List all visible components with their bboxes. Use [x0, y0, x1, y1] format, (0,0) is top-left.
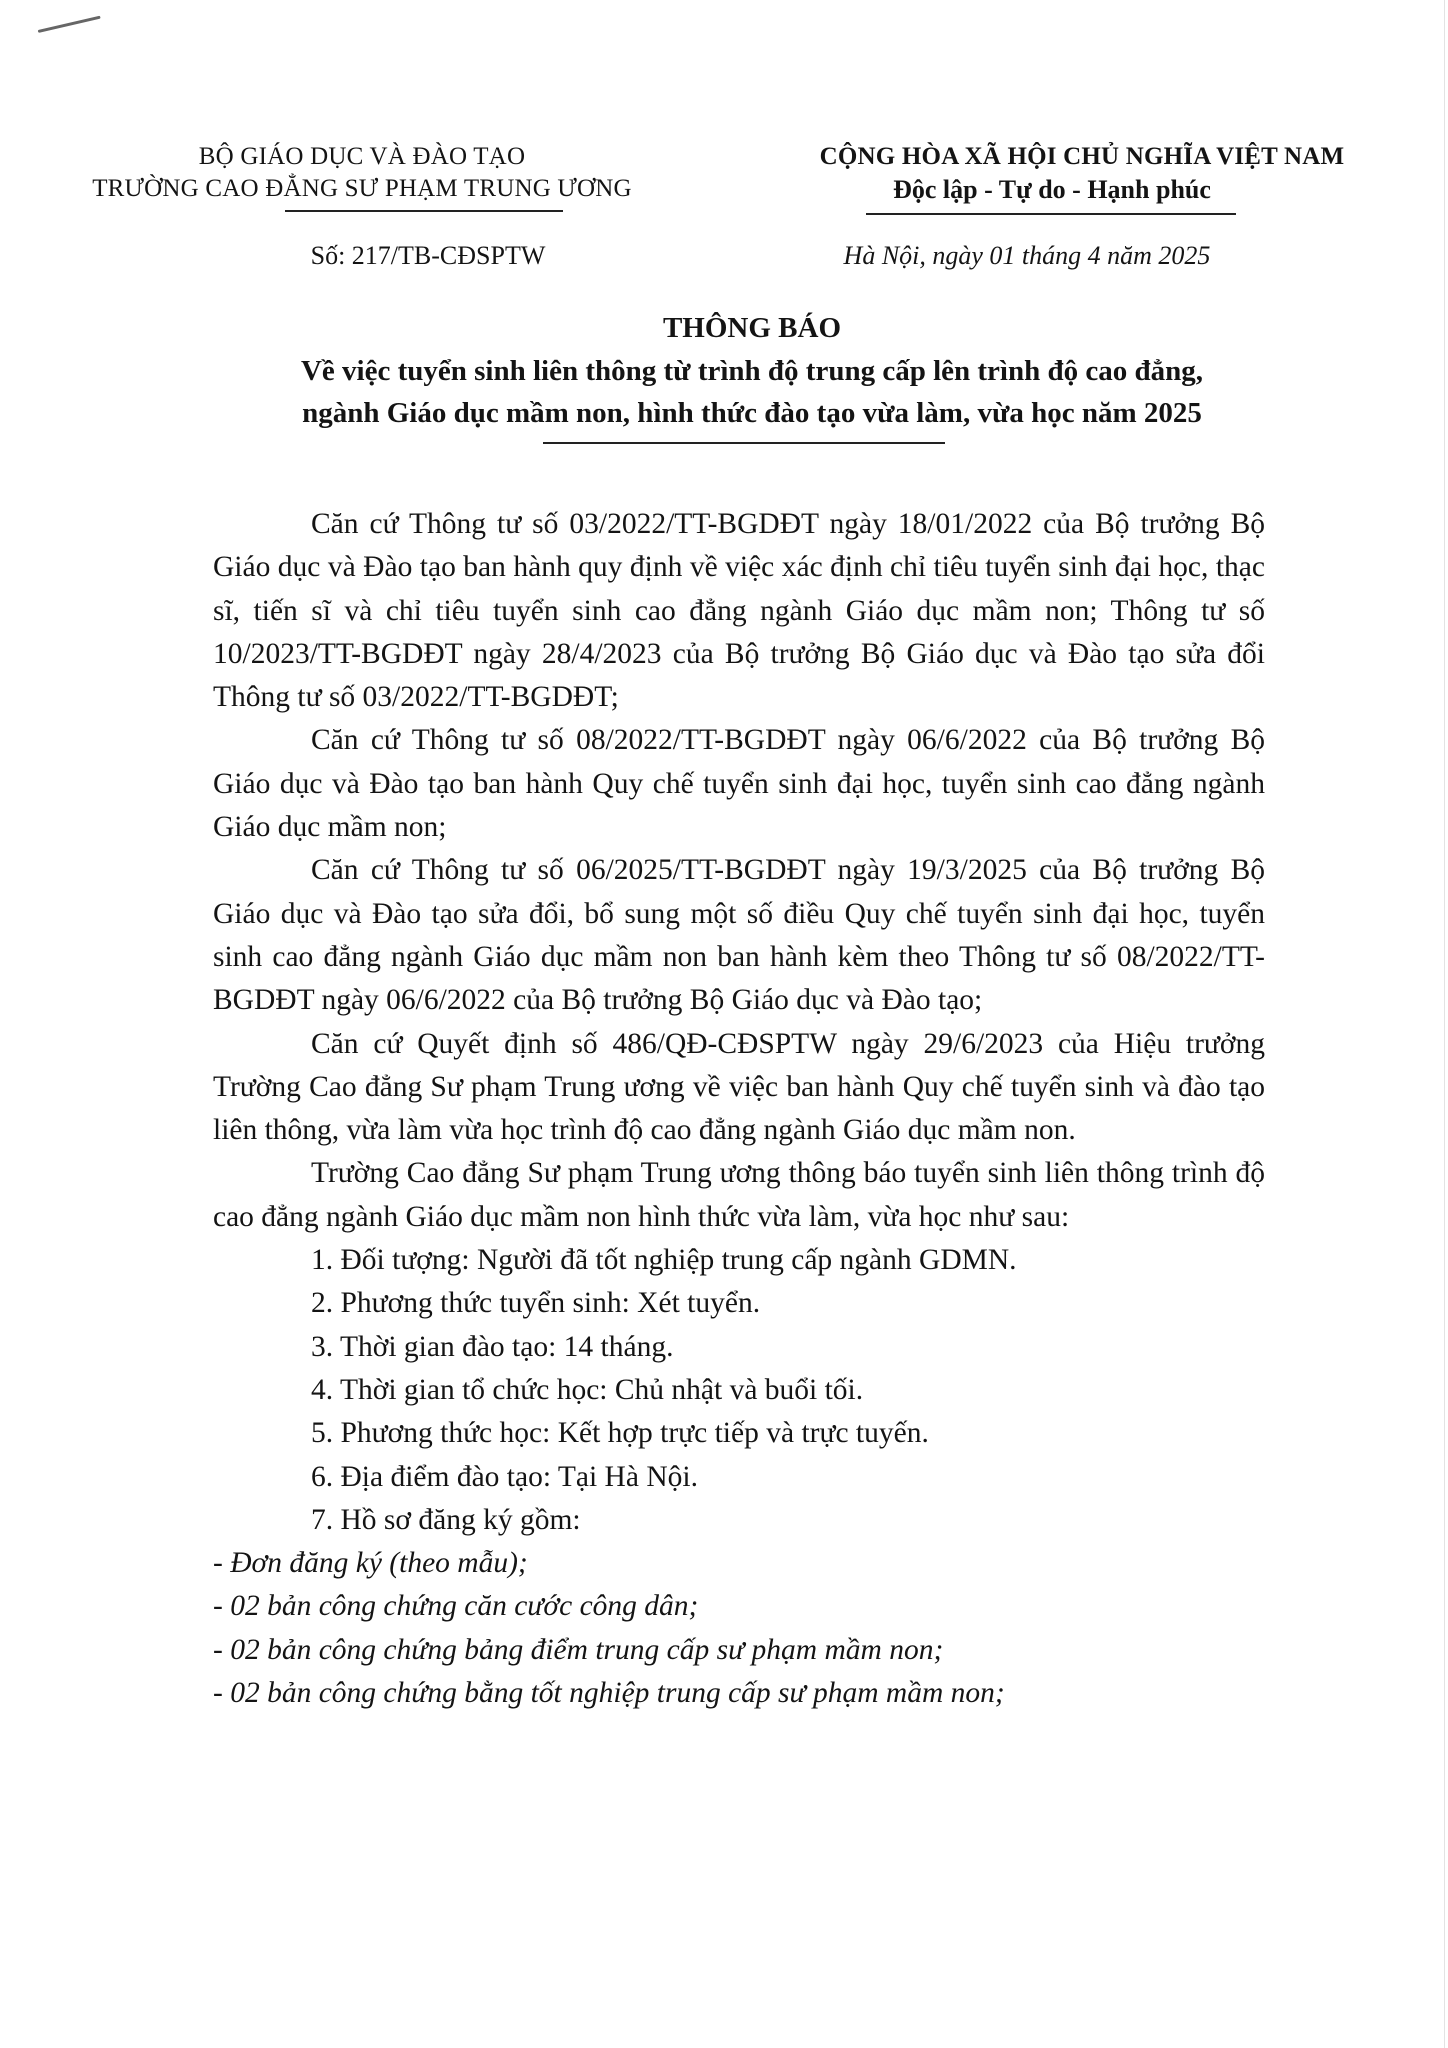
required-document: - Đơn đăng ký (theo mẫu);	[213, 1542, 1265, 1585]
national-motto: Độc lập - Tự do - Hạnh phúc	[893, 175, 1211, 205]
required-document: - 02 bản công chứng căn cước công dân;	[213, 1585, 1265, 1628]
scan-edge-line	[1444, 0, 1445, 2048]
school-underline	[285, 210, 563, 212]
pen-mark	[38, 16, 101, 33]
document-subtitle-line-1: Về việc tuyển sinh liên thông từ trình đ…	[301, 355, 1203, 388]
document-subtitle-line-2: ngành Giáo dục mầm non, hình thức đào tạ…	[302, 397, 1202, 430]
list-item: 5. Phương thức học: Kết hợp trực tiếp và…	[213, 1412, 1265, 1455]
document-heading: THÔNG BÁO	[663, 312, 841, 345]
document-number: Số: 217/TB-CĐSPTW	[311, 241, 546, 271]
country-name: CỘNG HÒA XÃ HỘI CHỦ NGHĨA VIỆT NAM	[820, 143, 1345, 171]
document-body: Căn cứ Thông tư số 03/2022/TT-BGDĐT ngày…	[213, 503, 1265, 1715]
ministry-name: BỘ GIÁO DỤC VÀ ĐÀO TẠO	[199, 143, 525, 171]
title-underline	[543, 442, 945, 444]
legal-basis-paragraph: Căn cứ Thông tư số 03/2022/TT-BGDĐT ngày…	[213, 503, 1265, 719]
motto-underline	[866, 213, 1236, 215]
place-date: Hà Nội, ngày 01 tháng 4 năm 2025	[844, 241, 1211, 271]
legal-basis-paragraph: Căn cứ Thông tư số 08/2022/TT-BGDĐT ngày…	[213, 719, 1265, 849]
list-item: 7. Hồ sơ đăng ký gồm:	[213, 1499, 1265, 1542]
required-document: - 02 bản công chứng bảng điểm trung cấp …	[213, 1629, 1265, 1672]
list-item: 3. Thời gian đào tạo: 14 tháng.	[213, 1326, 1265, 1369]
list-item: 6. Địa điểm đào tạo: Tại Hà Nội.	[213, 1456, 1265, 1499]
required-document: - 02 bản công chứng bằng tốt nghiệp trun…	[213, 1672, 1265, 1715]
list-item: 1. Đối tượng: Người đã tốt nghiệp trung …	[213, 1239, 1265, 1282]
announcement-intro: Trường Cao đẳng Sư phạm Trung ương thông…	[213, 1152, 1265, 1239]
list-item: 2. Phương thức tuyển sinh: Xét tuyển.	[213, 1282, 1265, 1325]
legal-basis-paragraph: Căn cứ Thông tư số 06/2025/TT-BGDĐT ngày…	[213, 849, 1265, 1022]
list-item: 4. Thời gian tổ chức học: Chủ nhật và bu…	[213, 1369, 1265, 1412]
school-name: TRƯỜNG CAO ĐẲNG SƯ PHẠM TRUNG ƯƠNG	[92, 175, 632, 203]
legal-basis-paragraph: Căn cứ Quyết định số 486/QĐ-CĐSPTW ngày …	[213, 1023, 1265, 1153]
